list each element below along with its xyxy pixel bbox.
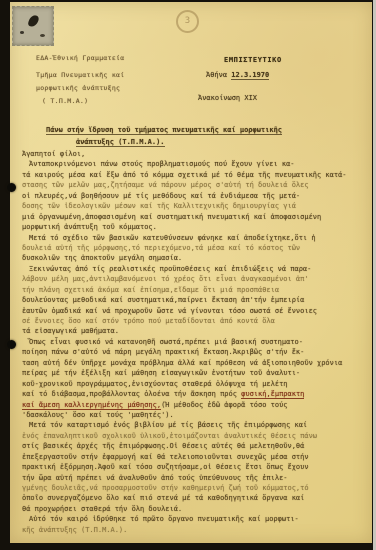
text-line: ἐπεξεργαστοῦν στήν ἐφαρμογή καί θά τελει… (22, 452, 366, 462)
text-line: 'δασκάλους' ὅσο καί τούς 'μαθητές'). (22, 410, 366, 420)
text-line: ἑαυτῶν ὁμαδικά καί νά προχωροῦν ὥστε νά … (22, 306, 366, 316)
text-segment: Αὐτό τόν καιρό ἱδρύθηκε τό πρῶτο ὄργανο … (29, 515, 299, 523)
text-segment: Ξεκινώντας ἀπό τίς ρεαλιστικές προϋποθέσ… (29, 265, 311, 273)
text-line: σέ ἔννοιες ὅσο καί στόν τρόπο πού μεταδί… (22, 316, 366, 326)
text-segment: ὁποῖο συνεργαζόμενο ὅλο καί πιό στενά μέ… (22, 494, 304, 502)
text-segment: φυσική,ἔμπρακτη (241, 390, 304, 399)
text-line: μιά ὀργανωμένη,ἀποφασισμένη καί συστηματ… (22, 212, 366, 222)
place-date-line: Ἀθήνα 12.3.1970 (206, 71, 348, 79)
text-line: Μετά τό σχέδιο τῶν βασικῶν κατευθύνσεων … (22, 233, 366, 243)
text-line: Ὅπως εἶναι φυσικό νά κατανοηθῆ σωστά,πρέ… (22, 337, 366, 347)
text-segment: (Ἡ μέθοδος ἐδῶ ἀφορᾶ τόσο τούς (161, 401, 287, 409)
text-line: δυσκολιῶν της ἀποκτοῦν μεγάλη σημασία. (22, 253, 366, 263)
paragraph: Ὅπως εἶναι φυσικό νά κατανοηθῆ σωστά,πρέ… (22, 337, 366, 421)
text-line: πείρας μέ τήν ἐξέλιξη καί μάθηση εἰσαγωγ… (22, 368, 366, 378)
text-line: λάβουν μέλη μας,ἀντιλαμβανόμενοι τό χρέο… (22, 274, 366, 284)
text-segment: τήν πλάνη σχετικά ἀκόμα καί ἐπίσημα,εἴδα… (22, 286, 279, 294)
subject-line-1: Πάνω στήν ἵδρυση τοῦ τμήματος πνευματικῆ… (46, 125, 356, 137)
text-segment: ἑαυτῶν ὁμαδικά καί νά προχωροῦν ὥστε νά … (22, 307, 317, 315)
text-line: τά εἰσαγωγικά μαθήματα. (22, 326, 366, 336)
text-line: τήν ὥρα αὐτή πρέπει νά ἀναλυθοῦν ἀπό τού… (22, 473, 366, 483)
text-segment: πρακτική ἐξόρμηση.Ἀφοῦ καί τόσο συζητήσα… (22, 463, 309, 471)
text-segment: ταση αὐτή δέν ὑπῆρχε μονάχα πρόβλημα ἀλλ… (22, 359, 342, 367)
text-segment: δοσης τῶν ἰδεολογικῶν μέσων καί τῆς Καλλ… (22, 202, 296, 210)
text-line: τήν πλάνη σχετικά ἀκόμα καί ἐπίσημα,εἴδα… (22, 285, 366, 295)
text-segment: οἱ πλευρές,νά βοηθήσουν μέ τίς μεθόδους … (22, 192, 300, 200)
stamp-ink-mark (27, 14, 39, 28)
text-segment: κῆς ἀνάπτυξης (Τ.Π.Μ.Α.). (22, 526, 127, 534)
text-line: τά καιρούς μέσα καί ἔξω ἀπό τό κόμμα σχε… (22, 170, 366, 180)
text-segment: πείρας μέ τήν ἐξέλιξη καί μάθηση εἰσαγωγ… (22, 369, 300, 377)
text-line: ποίηση πάνω σ'αὐτό νά πάρη μεγάλη πρακτι… (22, 347, 366, 357)
text-segment: στασης τῶν μελῶν μας,ζητήσαμε νά πάρουν … (22, 181, 309, 189)
salutation: Ἀγαπητοί φίλοι, (22, 149, 366, 159)
text-segment: καί τό διάβασμα,προβάλλοντας ὁλοένα τήν … (22, 390, 241, 398)
subject-line: Πάνω στήν ἵδρυση τοῦ τμήματος πνευματικῆ… (46, 125, 356, 148)
sender-line: Τμῆμα Πνευματικῆς καί (36, 69, 176, 82)
text-segment: Μετά τό σχέδιο τῶν βασικῶν κατευθύνσεων … (29, 234, 316, 242)
text-segment: θά προχωρήσει σταθερά τήν ὅλη δουλειά. (22, 505, 182, 513)
text-line: δοσης τῶν ἰδεολογικῶν μέσων καί τῆς Καλλ… (22, 201, 366, 211)
body-text: Ἀγαπητοί φίλοι, Ἀνταποκρινόμενοι πάνω στ… (22, 149, 366, 535)
text-line: κοῦ-χρονικοῦ προγράμματος,ἐνισχύοντας στ… (22, 379, 366, 389)
text-line: καί ἄμεση καλλιεργημένης μάθησης,(Ἡ μέθο… (22, 400, 366, 410)
text-line: Ξεκινώντας ἀπό τίς ρεαλιστικές προϋποθέσ… (22, 264, 366, 274)
text-segment: ἑνός ἐπαναληπτικοῦ σχολικοῦ ὑλικοῦ,ἑτοιμ… (22, 432, 317, 440)
text-line: κῆς ἀνάπτυξης (Τ.Π.Μ.Α.). (22, 525, 366, 535)
paragraph: Μετά τό σχέδιο τῶν βασικῶν κατευθύνσεων … (22, 233, 366, 264)
text-segment: στίς βασικές ἀρχές τῆς ἐπιμόρφωσης.Οἱ θέ… (22, 442, 304, 450)
text-line: γμένης δουλειᾶς,νά προσαρμοστοῦν στήν κα… (22, 483, 366, 493)
text-line: ταση αὐτή δέν ὑπῆρχε μονάχα πρόβλημα ἀλλ… (22, 358, 366, 368)
text-line: ἑνός ἐπαναληπτικοῦ σχολικοῦ ὑλικοῦ,ἑτοιμ… (22, 431, 366, 441)
text-segment: μορφωτική ἀνάπτυξη τοῦ κόμματος. (22, 223, 157, 231)
text-line: δουλεύοντας μεθοδικά καί συστηματικά,παί… (22, 295, 366, 305)
date: 12.3.1970 (231, 71, 269, 80)
classification-label: ΕΜΠΙΣΤΕΥΤΙΚΟ (224, 56, 348, 64)
text-segment: 'δασκάλους' ὅσο καί τούς 'μαθητές'). (22, 411, 174, 419)
stamp-speck (40, 34, 45, 37)
paragraph: Μετά τόν καταρτισμό ἑνός βιβλίου μέ τίς … (22, 420, 366, 514)
text-segment: τά καιρούς μέσα καί ἔξω ἀπό τό κόμμα σχε… (22, 171, 347, 179)
text-line: στίς βασικές ἀρχές τῆς ἐπιμόρφωσης.Οἱ θέ… (22, 441, 366, 451)
text-segment: ἐπεξεργαστοῦν στήν ἐφαρμογή καί θά τελει… (22, 453, 309, 461)
paragraph: Ἀνταποκρινόμενοι πάνω στούς προβληματισμ… (22, 159, 366, 232)
text-segment: δουλειά αὐτή τῆς μόρφωσης,τό περιεχόμενο… (22, 244, 300, 252)
text-line: στασης τῶν μελῶν μας,ζητήσαμε νά πάρουν … (22, 180, 366, 190)
sender-line: μορφωτικῆς ἀνάπτυξης (36, 82, 176, 95)
sender-block: ΕΔΑ-Ἐθνική Γραμματεία Τμῆμα Πνευματικῆς … (36, 52, 176, 108)
text-line: θά προχωρήσει σταθερά τήν ὅλη δουλειά. (22, 504, 366, 514)
text-segment: μιά ὀργανωμένη,ἀποφασισμένη καί συστηματ… (22, 213, 321, 221)
text-segment: τά εἰσαγωγικά μαθήματα. (22, 327, 119, 335)
text-line: καί τό διάβασμα,προβάλλοντας ὁλοένα τήν … (22, 389, 366, 399)
text-line: Ἀνταποκρινόμενοι πάνω στούς προβληματισμ… (22, 159, 366, 169)
subject-line-2: ἀνάπτυξης (Τ.Π.Μ.Α.). (76, 137, 356, 149)
place: Ἀθήνα (206, 71, 227, 79)
text-segment: ποίηση πάνω σ'αὐτό νά πάρη μεγάλη πρακτι… (22, 348, 304, 356)
punch-hole (7, 340, 16, 349)
reference-line: Ἀνακοίνωση ΧΙΧ (198, 94, 348, 102)
text-line: ὁποῖο συνεργαζόμενο ὅλο καί πιό στενά μέ… (22, 493, 366, 503)
text-line: μορφωτική ἀνάπτυξη τοῦ κόμματος. (22, 222, 366, 232)
paragraph: Ξεκινώντας ἀπό τίς ρεαλιστικές προϋποθέσ… (22, 264, 366, 337)
scanned-document-page: 3 ΕΔΑ-Ἐθνική Γραμματεία Τμῆμα Πνευματικῆ… (10, 2, 372, 543)
document-meta-block: ΕΜΠΙΣΤΕΥΤΙΚΟ Ἀθήνα 12.3.1970 Ἀνακοίνωση … (198, 56, 348, 102)
text-segment: καί ἄμεση καλλιεργημένης μάθησης, (22, 401, 161, 410)
text-segment: Ὅπως εἶναι φυσικό νά κατανοηθῆ σωστά,πρέ… (29, 338, 303, 346)
stamp-speck (20, 31, 24, 34)
text-segment: λάβουν μέλη μας,ἀντιλαμβανόμενοι τό χρέο… (22, 275, 309, 283)
text-segment: σέ ἔννοιες ὅσο καί στόν τρόπο πού μεταδί… (22, 317, 275, 325)
text-segment: κοῦ-χρονικοῦ προγράμματος,ἐνισχύοντας στ… (22, 380, 288, 388)
text-segment: γμένης δουλειᾶς,νά προσαρμοστοῦν στήν κα… (22, 484, 309, 492)
text-segment: Μετά τόν καταρτισμό ἑνός βιβλίου μέ τίς … (29, 421, 307, 429)
sender-line: ΕΔΑ-Ἐθνική Γραμματεία (36, 52, 176, 65)
punch-hole (7, 183, 16, 192)
text-line: Αὐτό τόν καιρό ἱδρύθηκε τό πρῶτο ὄργανο … (22, 514, 366, 524)
page-number-mark: 3 (176, 10, 199, 33)
text-line: οἱ πλευρές,νά βοηθήσουν μέ τίς μεθόδους … (22, 191, 366, 201)
text-line: Μετά τόν καταρτισμό ἑνός βιβλίου μέ τίς … (22, 420, 366, 430)
text-segment: δουλεύοντας μεθοδικά καί συστηματικά,παί… (22, 296, 304, 304)
text-line: πρακτική ἐξόρμηση.Ἀφοῦ καί τόσο συζητήσα… (22, 462, 366, 472)
text-segment: τήν ὥρα αὐτή πρέπει νά ἀναλυθοῦν ἀπό τού… (22, 474, 288, 482)
text-segment: Ἀνταποκρινόμενοι πάνω στούς προβληματισμ… (29, 160, 295, 168)
text-segment: δυσκολιῶν της ἀποκτοῦν μεγάλη σημασία. (22, 254, 182, 262)
sender-line: ( Τ.Π.Μ.Α.) (36, 95, 176, 108)
text-line: δουλειά αὐτή τῆς μόρφωσης,τό περιεχόμενο… (22, 243, 366, 253)
postage-stamp (12, 6, 54, 46)
paragraph: Αὐτό τόν καιρό ἱδρύθηκε τό πρῶτο ὄργανο … (22, 514, 366, 535)
